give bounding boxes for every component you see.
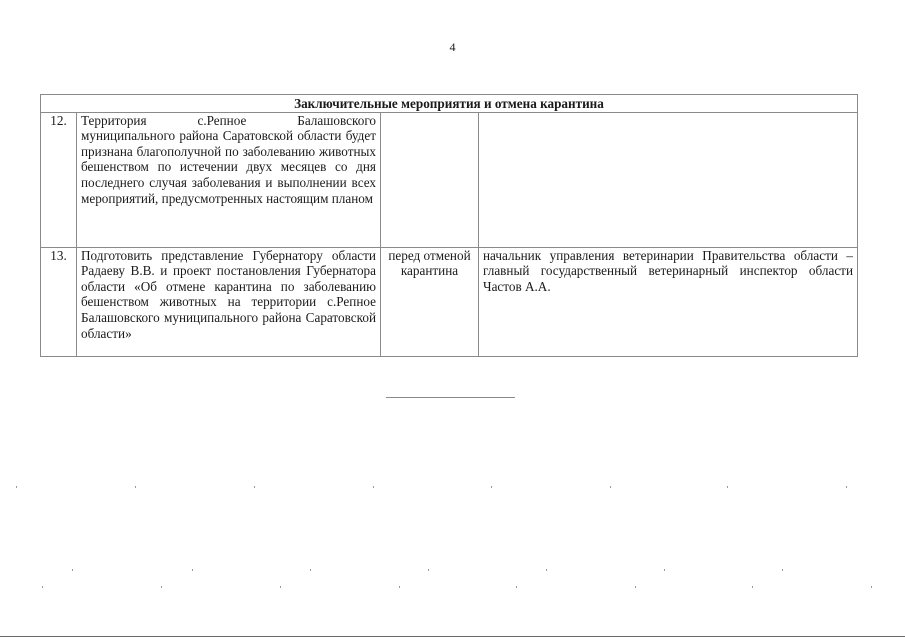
scan-bottom-edge (0, 636, 905, 637)
section-header-row: Заключительные мероприятия и отмена кара… (41, 95, 858, 113)
scan-artifact-row (0, 569, 905, 573)
row-deadline: перед отменой карантина (381, 247, 479, 356)
section-header: Заключительные мероприятия и отмена кара… (41, 95, 858, 113)
row-number: 12. (41, 112, 77, 247)
row-deadline (381, 112, 479, 247)
row-description: Территория с.Репное Балашовского муницип… (77, 112, 381, 247)
row-description: Подготовить представление Губернатору об… (77, 247, 381, 356)
measures-table: Заключительные мероприятия и отмена кара… (40, 94, 858, 357)
scan-artifact-row (0, 586, 905, 590)
row-responsible: начальник управления ветеринарии Правите… (479, 247, 858, 356)
table-row: 13. Подготовить представление Губернатор… (41, 247, 858, 356)
row-responsible (479, 112, 858, 247)
table-row: 12. Территория с.Репное Балашовского мун… (41, 112, 858, 247)
end-separator-line (386, 397, 515, 398)
page-number: 4 (0, 40, 905, 55)
row-number: 13. (41, 247, 77, 356)
scan-artifact-row (0, 486, 905, 490)
